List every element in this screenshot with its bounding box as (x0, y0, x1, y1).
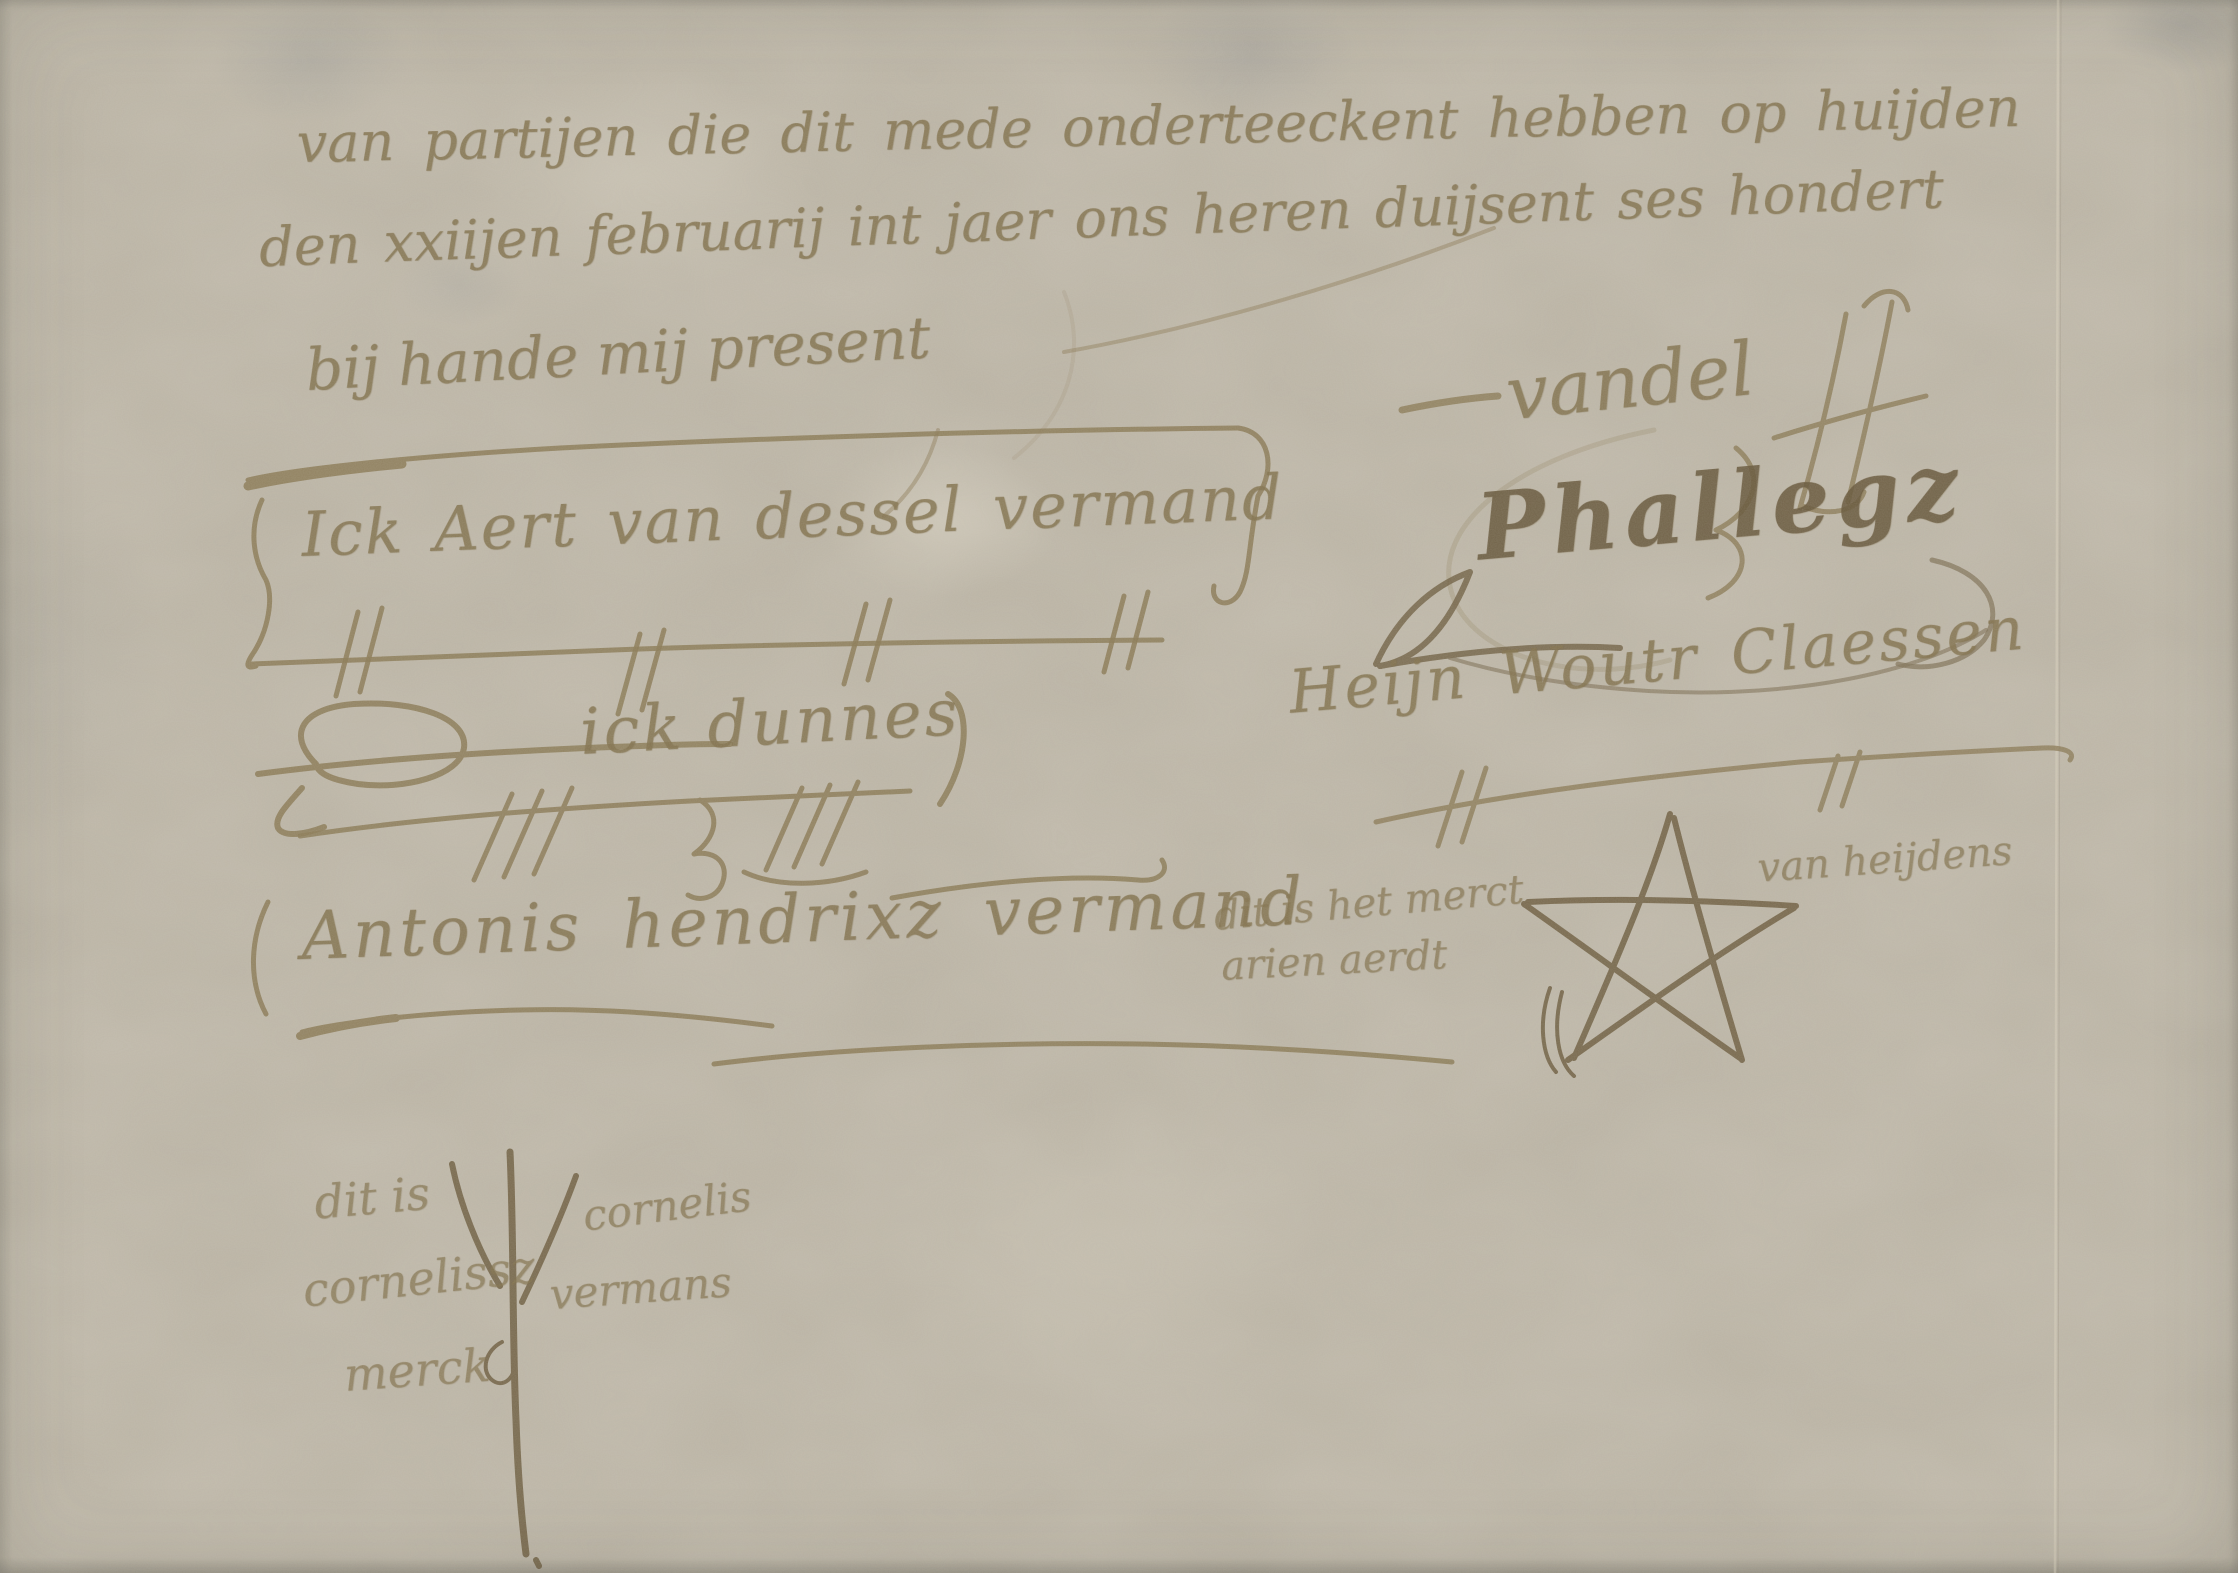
body-line-1: van partijen die dit mede onderteeckent … (296, 76, 2021, 175)
body-line-2: den xxiijen februarij int jaer ons heren… (258, 157, 1945, 279)
fork-mark-label-line3: merck (342, 1338, 492, 1402)
signature-aert-boxed: Ick Aert van dessel vermand (300, 460, 1285, 571)
signature-wouter: Heijn Woutr Claessen (1286, 594, 2029, 728)
body-line-3: bij hande mij present (304, 303, 932, 404)
signature-vandel: vandel (1502, 326, 1758, 437)
fork-mark-label-line1: dit is (312, 1166, 432, 1230)
signature-antonis: Antonis hendrixz vermand (300, 863, 1308, 975)
signature-dunnes: ick dunnes (578, 676, 962, 770)
fork-mark-label-line2: cornelissz (300, 1240, 538, 1318)
star-mark-label-right: van heijdens (1756, 828, 2014, 892)
fork-mark-label-right1: cornelis (580, 1171, 754, 1240)
fork-mark-label-right2: vermans (548, 1257, 733, 1319)
signature-ornate: Phallegz (1472, 431, 1968, 581)
pentagram-mark (1524, 814, 1796, 1076)
manuscript-scan: van partijen die dit mede onderteeckent … (0, 0, 2238, 1573)
fold-crease (2055, 0, 2061, 1573)
